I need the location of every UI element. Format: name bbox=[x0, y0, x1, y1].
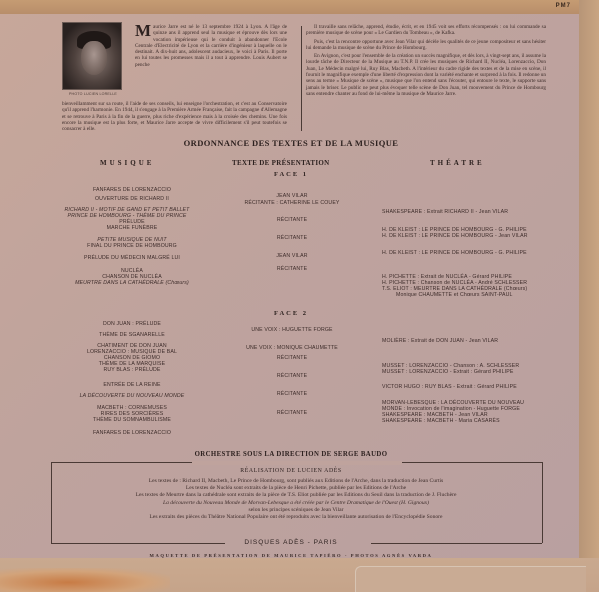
narrator: UNE VOIX : MONIQUE CHAUMETTE bbox=[212, 345, 372, 351]
credit-line: La découverte du Nouveau Monde de Morvan… bbox=[56, 500, 536, 507]
theatre-excerpt: MOLIÈRE : Extrait de DON JUAN - Jean VIL… bbox=[382, 338, 582, 344]
track-music: THÈME DU SOMNAMBULISME bbox=[32, 417, 232, 423]
theatre-excerpt: SHAKESPEARE : MACBETH - Maria CASARÈS bbox=[382, 418, 582, 424]
column-header-theatre: THÉATRE bbox=[430, 159, 485, 167]
narrator: UNE VOIX : HUGUETTE FORGE bbox=[212, 327, 372, 333]
frame-gap bbox=[192, 461, 402, 465]
column-header-musique: MUSIQUE bbox=[100, 159, 154, 167]
track-music: PRÉLUDE DU MÉDECIN MALGRÉ LUI bbox=[32, 255, 232, 261]
credit-line: selon les principes scéniques de Jean Vi… bbox=[56, 507, 536, 514]
track-music: MARCHE FUNÈBRE bbox=[32, 225, 232, 231]
track-music: THÈME DE SGANARELLE bbox=[32, 332, 232, 338]
sleeve-top-edge bbox=[0, 0, 599, 14]
track-music: FINAL DU PRINCE DE HOMBOURG bbox=[32, 243, 232, 249]
theatre-excerpt: H. DE KLEIST : LE PRINCE DE HOMBOURG - J… bbox=[382, 233, 582, 239]
credit-line: Les textes de Nucléa sont extraits de la… bbox=[56, 485, 536, 492]
theatre-excerpt: VICTOR HUGO : RUY BLAS - Extrait : Gérar… bbox=[382, 384, 582, 390]
narrator: JEAN VILAR bbox=[212, 193, 372, 199]
narrator: RÉCITANTE bbox=[212, 410, 372, 416]
face-2-heading: FACE 2 bbox=[0, 310, 582, 317]
theatre-excerpt: SHAKESPEARE : Extrait RICHARD II - Jean … bbox=[382, 209, 582, 215]
sleeve-fold bbox=[355, 566, 586, 592]
track-music: MEURTRE DANS LA CATHÉDRALE (Chœurs) bbox=[32, 280, 232, 286]
narrator: RÉCITANTE bbox=[212, 391, 372, 397]
record-label: DISQUES ADÈS - PARIS bbox=[0, 539, 582, 546]
narrator: RÉCITANTE bbox=[212, 235, 372, 241]
biography-right: Il travaille sans relâche, apprend, étud… bbox=[306, 24, 546, 99]
orchestra-credit: ORCHESTRE SOUS LA DIRECTION DE SERGE BAU… bbox=[0, 451, 582, 458]
column-divider bbox=[301, 26, 302, 131]
column-header-texte: TEXTE DE PRÉSENTATION bbox=[232, 159, 329, 167]
photo-credit: PHOTO LUCIEN LORELLE bbox=[62, 92, 124, 96]
theatre-excerpt: H. DE KLEIST : LE PRINCE DE HOMBOURG - G… bbox=[382, 250, 582, 256]
publishing-credits: Les textes de : Richard II, Macbeth, Le … bbox=[56, 478, 536, 521]
narrator: RÉCITANTE bbox=[212, 355, 372, 361]
track-music: LA DÉCOUVERTE DU NOUVEAU MONDE bbox=[32, 393, 232, 399]
narrator: JEAN VILAR bbox=[212, 253, 372, 259]
biography-paragraph: En Avignon, c'est pour l'ensemble de la … bbox=[306, 53, 546, 97]
composer-portrait bbox=[62, 22, 122, 90]
track-music: OUVERTURE DE RICHARD II bbox=[32, 196, 232, 202]
theatre-excerpt: MUSSET : LORENZACCIO - Extrait : Gérard … bbox=[382, 369, 582, 375]
track-music: FANFARES DE LORENZACCIO bbox=[32, 430, 232, 436]
biography-text-top: aurice Jarre est né le 13 septembre 1924… bbox=[135, 24, 287, 68]
design-photo-credit: MAQUETTE DE PRÉSENTATION DE MAURICE TAPI… bbox=[0, 553, 582, 558]
track-music: FANFARES DE LORENZACCIO bbox=[32, 187, 232, 193]
credit-line: Les textes de Meurtre dans la cathédrale… bbox=[56, 492, 536, 499]
theatre-excerpt: Monique CHAUMETTE et Chœurs SAINT-PAUL bbox=[396, 292, 596, 298]
biography-top: M aurice Jarre est né le 13 septembre 19… bbox=[135, 24, 287, 68]
drop-cap: M bbox=[135, 24, 151, 38]
biography-paragraph: Il travaille sans relâche, apprend, étud… bbox=[306, 24, 546, 37]
track-music: ENTRÉE DE LA REINE bbox=[32, 382, 232, 388]
track-music: RUY BLAS : PRÉLUDE bbox=[32, 367, 232, 373]
face-1-heading: FACE 1 bbox=[0, 171, 582, 178]
production-credit: RÉALISATION DE LUCIEN ADÈS bbox=[0, 468, 582, 474]
portrait-face bbox=[81, 41, 107, 75]
biography-bottom: bienveillamment sur sa route, il l'aide … bbox=[62, 101, 287, 132]
catalog-number: PM7 bbox=[556, 3, 571, 9]
credit-line: Les extraits des pièces du Théâtre Natio… bbox=[56, 514, 536, 521]
narrator: RÉCITANTE bbox=[212, 217, 372, 223]
program-title: ORDONNANCE DES TEXTES ET DE LA MUSIQUE bbox=[0, 138, 582, 148]
narrator: RÉCITANTE : CATHERINE LE COUEY bbox=[212, 200, 372, 206]
credit-line: Les textes de : Richard II, Macbeth, Le … bbox=[56, 478, 536, 485]
narrator: RÉCITANTE bbox=[212, 266, 372, 272]
narrator: RÉCITANTE bbox=[212, 373, 372, 379]
biography-paragraph: Puis, c'est la rencontre opportune avec … bbox=[306, 39, 546, 52]
water-stain bbox=[0, 568, 170, 592]
track-music: DON JUAN : PRÉLUDE bbox=[32, 321, 232, 327]
